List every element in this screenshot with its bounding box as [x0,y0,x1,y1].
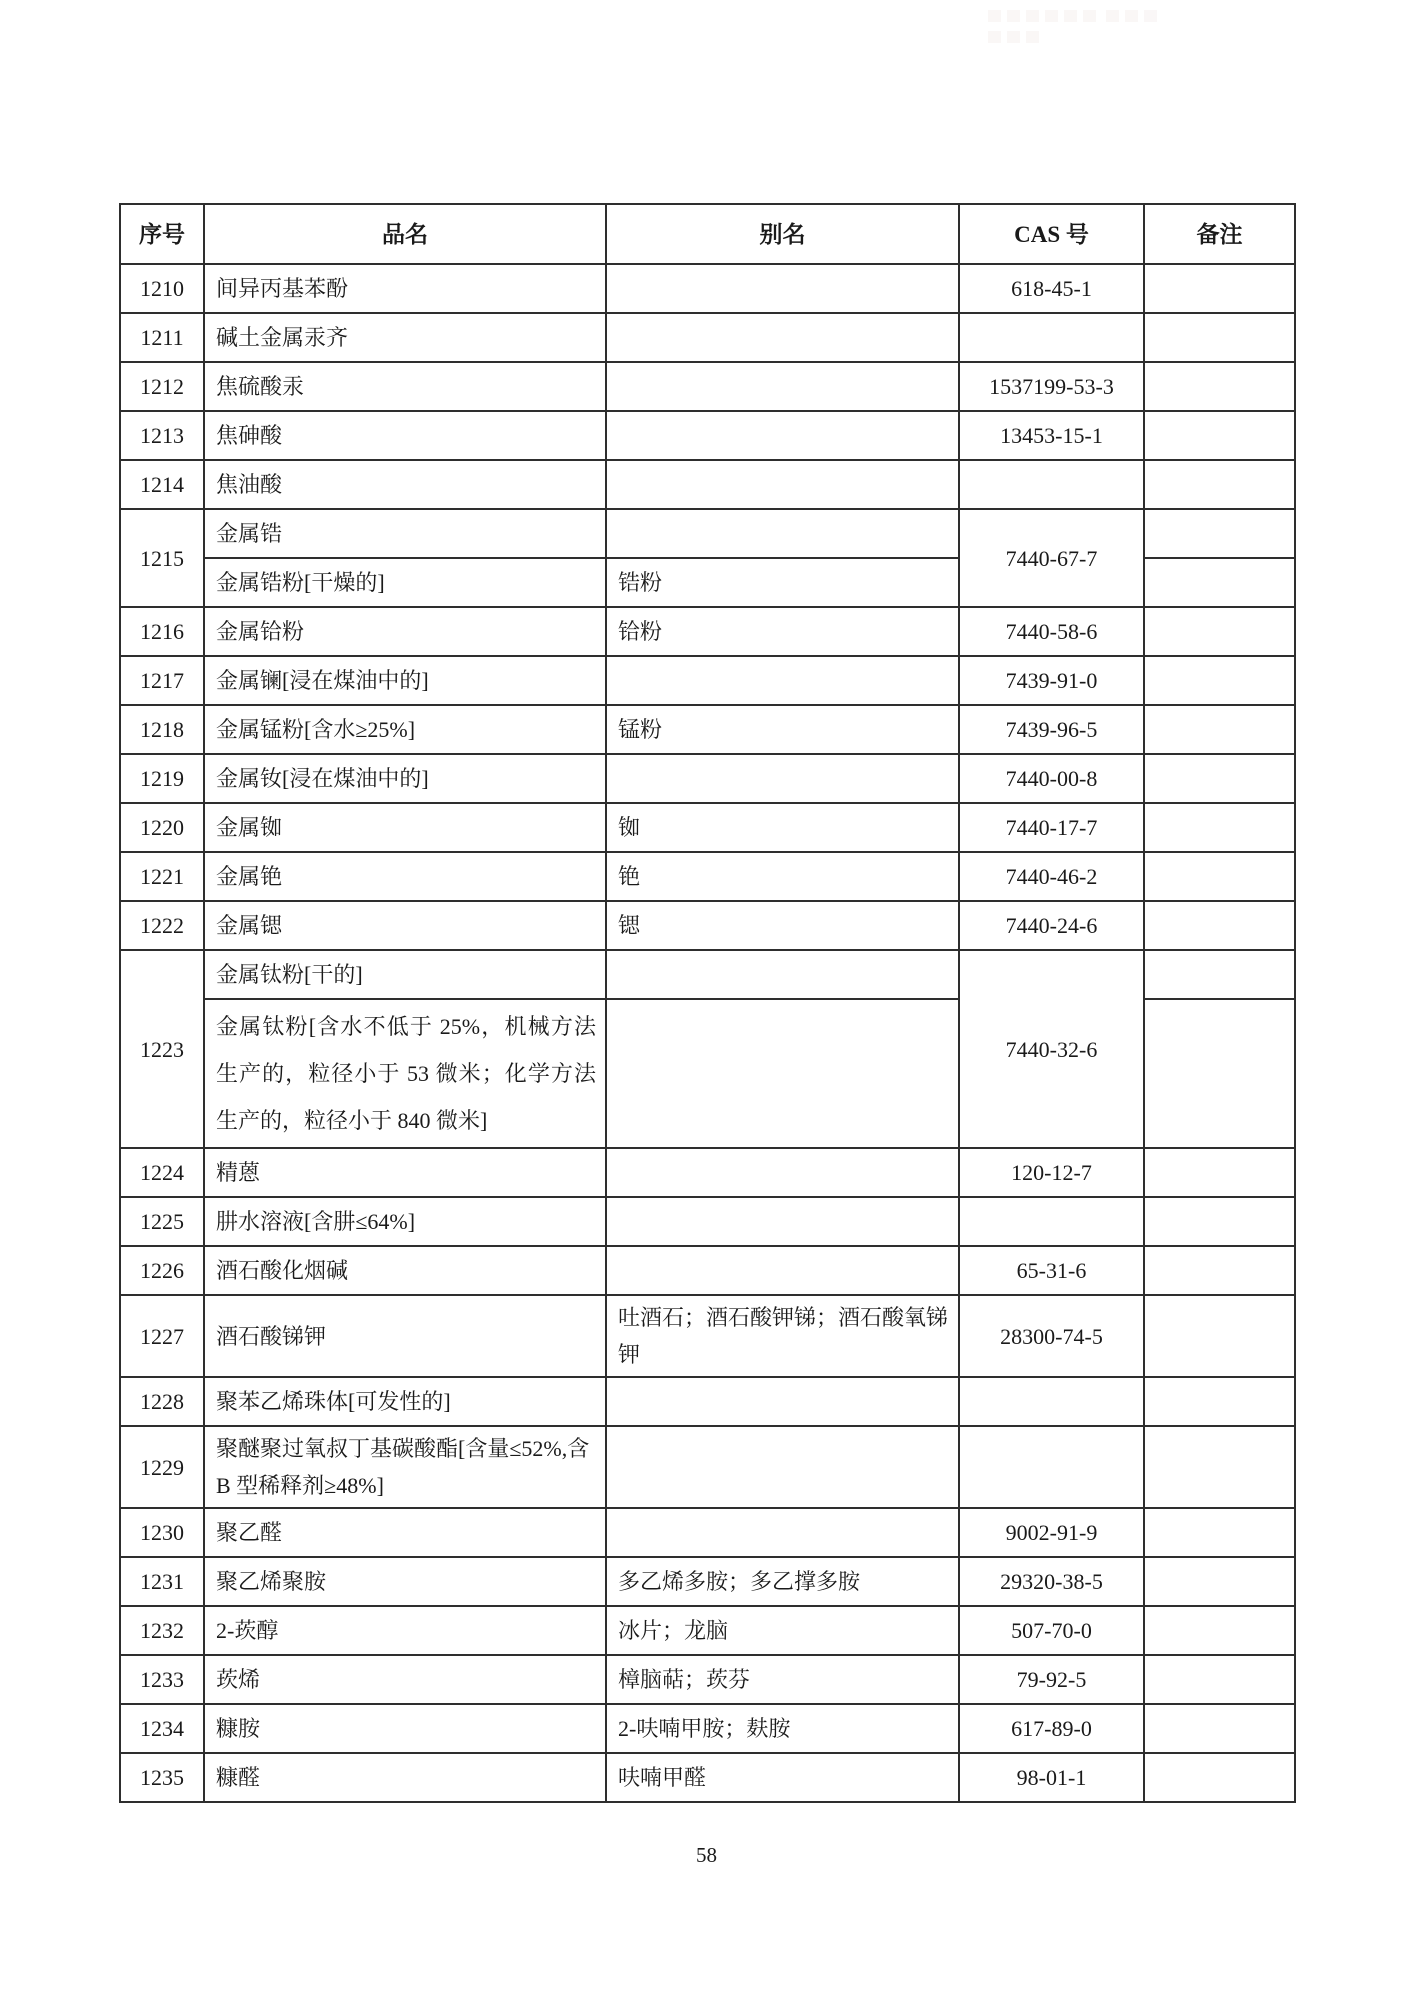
serial-cell: 1217 [120,656,204,705]
serial-cell: 1223 [120,950,204,1148]
cas-cell: 7440-00-8 [959,754,1144,803]
remark-cell [1144,1426,1295,1508]
table-row: 1223金属钛粉[干的]7440-32-6 [120,950,1295,999]
cas-cell [959,313,1144,362]
serial-cell: 1218 [120,705,204,754]
cas-cell: 617-89-0 [959,1704,1144,1753]
table-header-row: 序号品名别名CAS 号备注 [120,204,1295,264]
remark-cell [1144,558,1295,607]
column-header-alias: 别名 [606,204,959,264]
chemicals-table-wrap: 序号品名别名CAS 号备注 1210间异丙基苯酚618-45-11211碱土金属… [119,203,1294,1803]
cas-cell: 507-70-0 [959,1606,1144,1655]
alias-cell: 多乙烯多胺；多乙撑多胺 [606,1557,959,1606]
remark-cell [1144,264,1295,313]
page-number: 58 [0,1843,1413,1868]
alias-cell [606,1148,959,1197]
cas-cell: 28300-74-5 [959,1295,1144,1377]
serial-cell: 1227 [120,1295,204,1377]
name-cell: 2-莰醇 [204,1606,606,1655]
serial-cell: 1225 [120,1197,204,1246]
column-header-remark: 备注 [1144,204,1295,264]
cas-cell: 1537199-53-3 [959,362,1144,411]
table-row: 1214焦油酸 [120,460,1295,509]
scan-artifact [985,8,1175,52]
name-cell: 金属铪粉 [204,607,606,656]
serial-cell: 1213 [120,411,204,460]
alias-cell [606,411,959,460]
remark-cell [1144,1148,1295,1197]
table-row: 1230聚乙醛9002-91-9 [120,1508,1295,1557]
serial-cell: 1215 [120,509,204,607]
table-row: 1215金属锆7440-67-7 [120,509,1295,558]
remark-cell [1144,1295,1295,1377]
name-cell: 精蒽 [204,1148,606,1197]
cas-cell: 7439-91-0 [959,656,1144,705]
remark-cell [1144,852,1295,901]
cas-cell: 9002-91-9 [959,1508,1144,1557]
remark-cell [1144,1377,1295,1426]
serial-cell: 1216 [120,607,204,656]
serial-cell: 1211 [120,313,204,362]
alias-cell [606,1377,959,1426]
serial-cell: 1229 [120,1426,204,1508]
alias-cell [606,950,959,999]
remark-cell [1144,999,1295,1148]
alias-cell: 锰粉 [606,705,959,754]
remark-cell [1144,411,1295,460]
name-cell: 酒石酸化烟碱 [204,1246,606,1295]
remark-cell [1144,607,1295,656]
cas-cell [959,1426,1144,1508]
alias-cell [606,656,959,705]
name-cell: 肼水溶液[含肼≤64%] [204,1197,606,1246]
alias-cell [606,1197,959,1246]
serial-cell: 1234 [120,1704,204,1753]
table-row: 1226酒石酸化烟碱65-31-6 [120,1246,1295,1295]
table-row: 1222金属锶锶7440-24-6 [120,901,1295,950]
cas-cell: 13453-15-1 [959,411,1144,460]
alias-cell [606,999,959,1148]
alias-cell [606,1508,959,1557]
name-cell: 莰烯 [204,1655,606,1704]
cas-cell: 98-01-1 [959,1753,1144,1802]
table-row: 1217金属镧[浸在煤油中的]7439-91-0 [120,656,1295,705]
name-cell: 聚苯乙烯珠体[可发性的] [204,1377,606,1426]
alias-cell: 2-呋喃甲胺；麸胺 [606,1704,959,1753]
table-row: 1234糠胺2-呋喃甲胺；麸胺617-89-0 [120,1704,1295,1753]
name-cell: 金属铯 [204,852,606,901]
table-row: 1233莰烯樟脑萜；莰芬79-92-5 [120,1655,1295,1704]
name-cell: 金属钛粉[含水不低于 25%，机械方法生产的，粒径小于 53 微米；化学方法生产… [204,999,606,1148]
name-cell: 间异丙基苯酚 [204,264,606,313]
serial-cell: 1232 [120,1606,204,1655]
table-row: 1221金属铯铯7440-46-2 [120,852,1295,901]
remark-cell [1144,460,1295,509]
serial-cell: 1214 [120,460,204,509]
remark-cell [1144,901,1295,950]
name-cell: 金属锰粉[含水≥25%] [204,705,606,754]
remark-cell [1144,1197,1295,1246]
alias-cell [606,264,959,313]
cas-cell [959,460,1144,509]
remark-cell [1144,950,1295,999]
table-row: 1210间异丙基苯酚618-45-1 [120,264,1295,313]
name-cell: 糠胺 [204,1704,606,1753]
remark-cell [1144,1246,1295,1295]
serial-cell: 1233 [120,1655,204,1704]
serial-cell: 1222 [120,901,204,950]
name-cell: 碱土金属汞齐 [204,313,606,362]
table-row: 1231聚乙烯聚胺多乙烯多胺；多乙撑多胺29320-38-5 [120,1557,1295,1606]
alias-cell: 铪粉 [606,607,959,656]
table-row: 12322-莰醇冰片；龙脑507-70-0 [120,1606,1295,1655]
remark-cell [1144,803,1295,852]
table-row: 1228聚苯乙烯珠体[可发性的] [120,1377,1295,1426]
alias-cell: 冰片；龙脑 [606,1606,959,1655]
cas-cell: 7440-24-6 [959,901,1144,950]
column-header-serial: 序号 [120,204,204,264]
name-cell: 聚醚聚过氧叔丁基碳酸酯[含量≤52%,含 B 型稀释剂≥48%] [204,1426,606,1508]
table-row: 1218金属锰粉[含水≥25%]锰粉7439-96-5 [120,705,1295,754]
remark-cell [1144,705,1295,754]
name-cell: 金属钛粉[干的] [204,950,606,999]
serial-cell: 1230 [120,1508,204,1557]
table-row: 1212焦硫酸汞1537199-53-3 [120,362,1295,411]
alias-cell: 呋喃甲醛 [606,1753,959,1802]
document-page: 序号品名别名CAS 号备注 1210间异丙基苯酚618-45-11211碱土金属… [0,0,1413,2000]
remark-cell [1144,1753,1295,1802]
table-body: 1210间异丙基苯酚618-45-11211碱土金属汞齐1212焦硫酸汞1537… [120,264,1295,1802]
cas-cell: 29320-38-5 [959,1557,1144,1606]
table-row: 1227酒石酸锑钾吐酒石；酒石酸钾锑；酒石酸氧锑钾28300-74-5 [120,1295,1295,1377]
cas-cell [959,1197,1144,1246]
alias-cell: 锆粉 [606,558,959,607]
remark-cell [1144,1508,1295,1557]
cas-cell: 7439-96-5 [959,705,1144,754]
name-cell: 酒石酸锑钾 [204,1295,606,1377]
remark-cell [1144,509,1295,558]
serial-cell: 1235 [120,1753,204,1802]
name-cell: 金属锶 [204,901,606,950]
name-cell: 糠醛 [204,1753,606,1802]
serial-cell: 1224 [120,1148,204,1197]
cas-cell: 7440-58-6 [959,607,1144,656]
alias-cell: 铯 [606,852,959,901]
cas-cell: 65-31-6 [959,1246,1144,1295]
table-row: 1229聚醚聚过氧叔丁基碳酸酯[含量≤52%,含 B 型稀释剂≥48%] [120,1426,1295,1508]
alias-cell: 铷 [606,803,959,852]
serial-cell: 1228 [120,1377,204,1426]
alias-cell [606,460,959,509]
name-cell: 金属镧[浸在煤油中的] [204,656,606,705]
name-cell: 金属锆粉[干燥的] [204,558,606,607]
alias-cell [606,1426,959,1508]
cas-cell: 120-12-7 [959,1148,1144,1197]
name-cell: 金属铷 [204,803,606,852]
remark-cell [1144,656,1295,705]
alias-cell [606,754,959,803]
alias-cell [606,1246,959,1295]
table-row: 1225肼水溶液[含肼≤64%] [120,1197,1295,1246]
remark-cell [1144,1655,1295,1704]
column-header-name: 品名 [204,204,606,264]
name-cell: 金属锆 [204,509,606,558]
remark-cell [1144,754,1295,803]
alias-cell [606,509,959,558]
alias-cell [606,362,959,411]
serial-cell: 1231 [120,1557,204,1606]
table-row: 1213焦砷酸13453-15-1 [120,411,1295,460]
table-row: 1219金属钕[浸在煤油中的]7440-00-8 [120,754,1295,803]
name-cell: 焦油酸 [204,460,606,509]
cas-cell [959,1377,1144,1426]
serial-cell: 1210 [120,264,204,313]
table-row: 1216金属铪粉铪粉7440-58-6 [120,607,1295,656]
column-header-cas: CAS 号 [959,204,1144,264]
remark-cell [1144,362,1295,411]
table-row: 1235糠醛呋喃甲醛98-01-1 [120,1753,1295,1802]
table-header: 序号品名别名CAS 号备注 [120,204,1295,264]
serial-cell: 1226 [120,1246,204,1295]
name-cell: 聚乙醛 [204,1508,606,1557]
table-row: 1211碱土金属汞齐 [120,313,1295,362]
cas-cell: 7440-32-6 [959,950,1144,1148]
serial-cell: 1220 [120,803,204,852]
name-cell: 焦硫酸汞 [204,362,606,411]
alias-cell: 樟脑萜；莰芬 [606,1655,959,1704]
cas-cell: 7440-67-7 [959,509,1144,607]
serial-cell: 1219 [120,754,204,803]
cas-cell: 7440-46-2 [959,852,1144,901]
table-row: 1224精蒽120-12-7 [120,1148,1295,1197]
alias-cell [606,313,959,362]
remark-cell [1144,1704,1295,1753]
cas-cell: 7440-17-7 [959,803,1144,852]
alias-cell: 锶 [606,901,959,950]
serial-cell: 1221 [120,852,204,901]
name-cell: 焦砷酸 [204,411,606,460]
cas-cell: 618-45-1 [959,264,1144,313]
cas-cell: 79-92-5 [959,1655,1144,1704]
name-cell: 金属钕[浸在煤油中的] [204,754,606,803]
alias-cell: 吐酒石；酒石酸钾锑；酒石酸氧锑钾 [606,1295,959,1377]
remark-cell [1144,1606,1295,1655]
remark-cell [1144,1557,1295,1606]
chemicals-table: 序号品名别名CAS 号备注 1210间异丙基苯酚618-45-11211碱土金属… [119,203,1296,1803]
remark-cell [1144,313,1295,362]
table-row: 1220金属铷铷7440-17-7 [120,803,1295,852]
serial-cell: 1212 [120,362,204,411]
name-cell: 聚乙烯聚胺 [204,1557,606,1606]
